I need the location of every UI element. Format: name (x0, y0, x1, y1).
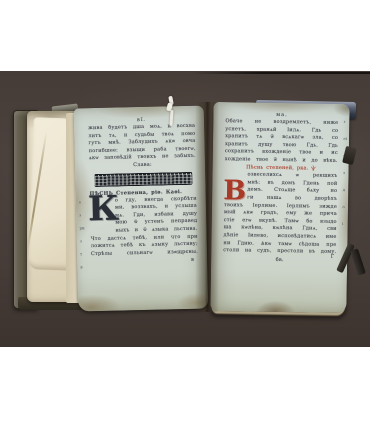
metal-clasp (336, 241, 370, 281)
book-gutter-shadow (195, 102, 219, 312)
woodcut-initial-K: К (88, 192, 120, 227)
right-page-text: ма. Обаче не воздремлетъ, ниже уснетъ, х… (210, 102, 349, 313)
table-edge-line (190, 72, 370, 74)
headpiece-ornament (94, 171, 192, 186)
margin-mark: д (343, 188, 347, 192)
page-tail-row: бв. Г (223, 255, 336, 265)
photo-of-open-antique-book: вї. жива будетъ дша моѧ, и восхва литъ т… (0, 0, 370, 423)
letterbox-top (0, 0, 370, 71)
margin-mark: ѕ (79, 200, 84, 204)
left-page: вї. жива будетъ дша моѧ, и восхва литъ т… (74, 106, 209, 312)
margin-mark: ри (79, 226, 84, 230)
red-initial-V: В (223, 177, 246, 204)
margin-mark: з (79, 213, 84, 217)
margin-mark: т (80, 252, 85, 256)
margin-mark: еі (343, 137, 347, 141)
margin-mark: а (342, 205, 346, 209)
margin-mark: з (80, 239, 85, 243)
margin-mark: в (80, 265, 85, 269)
bookmark-thread (163, 96, 177, 130)
margin-mark: і (342, 222, 346, 226)
tailword: бв. (223, 255, 336, 265)
letterbox-bottom (0, 347, 370, 423)
tabletop-background: вї. жива будетъ дша моѧ, и восхва литъ т… (0, 71, 370, 347)
right-page: ма. Обаче не воздремлетъ, ниже уснетъ, х… (210, 102, 349, 313)
quire-signature: Г (331, 252, 335, 260)
clasp-remnant (342, 146, 357, 165)
margin-mark: з (343, 171, 347, 175)
margin-mark: г (344, 120, 348, 124)
clasp-prong (350, 248, 366, 275)
